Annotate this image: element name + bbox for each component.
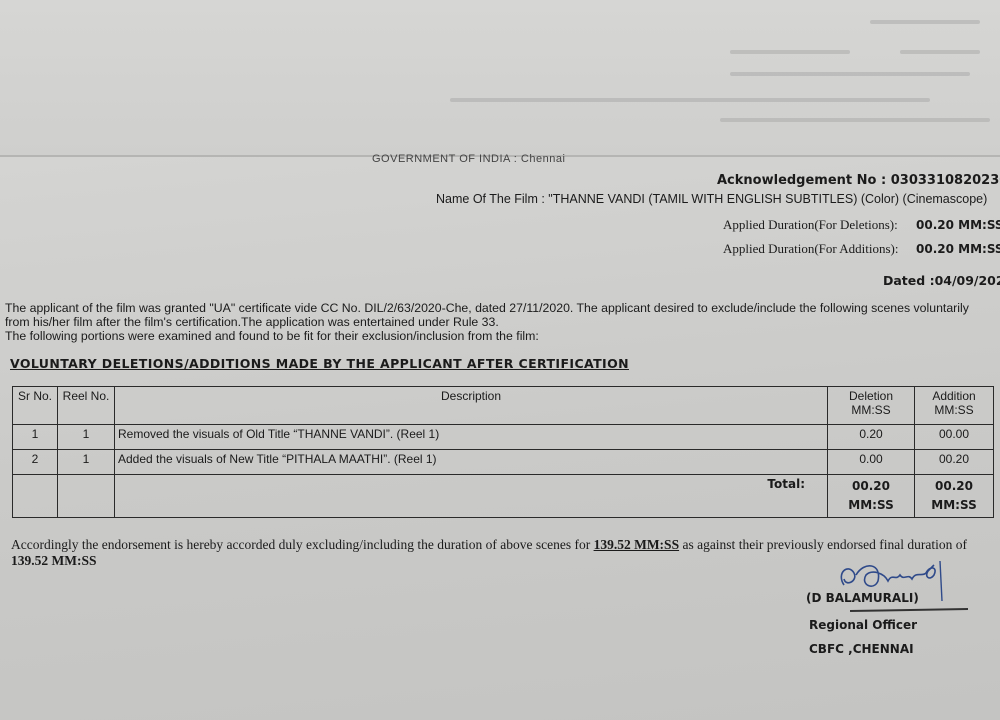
deletions-additions-table: Sr No. Reel No. Description Deletion MM:… — [12, 386, 994, 518]
table-total-row: Total: 00.20 MM:SS 00.20 MM:SS — [13, 475, 994, 518]
endorsement-part-2: as against their previously endorsed fin… — [679, 537, 967, 552]
certificate-page: GOVERNMENT OF INDIA : Chennai Acknowledg… — [0, 157, 1000, 720]
row-description: Removed the visuals of Old Title “THANNE… — [115, 425, 828, 450]
faded-text — [450, 98, 930, 102]
signatory-office: CBFC ,CHENNAI — [809, 642, 914, 656]
row-reel: 1 — [58, 425, 115, 450]
government-header: GOVERNMENT OF INDIA : Chennai — [372, 153, 565, 165]
faded-text — [730, 50, 850, 54]
header-description: Description — [115, 387, 828, 425]
total-empty-sr — [13, 475, 58, 518]
row-reel: 1 — [58, 450, 115, 475]
row-sr: 1 — [13, 425, 58, 450]
old-duration: 139.52 MM:SS — [11, 553, 97, 568]
total-addition: 00.20 MM:SS — [915, 475, 994, 518]
intro-line-3: The following portions were examined and… — [5, 329, 539, 344]
faded-text — [870, 20, 980, 24]
applied-deletions-value: 00.20 MM:SS — [916, 218, 1000, 232]
header-reel-no: Reel No. — [58, 387, 115, 425]
applied-additions-label: Applied Duration(For Additions): — [723, 241, 899, 257]
new-duration: 139.52 MM:SS — [594, 537, 680, 552]
film-name: Name Of The Film : "THANNE VANDI (TAMIL … — [436, 192, 987, 206]
header-addition: Addition MM:SS — [915, 387, 994, 425]
row-deletion: 0.00 — [828, 450, 915, 475]
section-heading: VOLUNTARY DELETIONS/ADDITIONS MADE BY TH… — [10, 356, 629, 371]
row-addition: 00.00 — [915, 425, 994, 450]
faded-text — [900, 50, 980, 54]
row-description: Added the visuals of New Title “PITHALA … — [115, 450, 828, 475]
applied-additions-value: 00.20 MM:SS — [916, 242, 1000, 256]
endorsement-part-1: Accordingly the endorsement is hereby ac… — [11, 537, 594, 552]
total-label: Total: — [115, 475, 828, 518]
total-addition-value: 00.20 — [918, 477, 990, 496]
table-row: 1 1 Removed the visuals of Old Title “TH… — [13, 425, 994, 450]
row-addition: 00.20 — [915, 450, 994, 475]
signatory-designation: Regional Officer — [809, 618, 917, 632]
signature-underline — [850, 608, 968, 612]
header-deletion-text: Deletion MM:SS — [849, 389, 893, 417]
faded-text — [730, 72, 970, 76]
row-deletion: 0.20 — [828, 425, 915, 450]
total-addition-unit: MM:SS — [918, 496, 990, 515]
total-deletion: 00.20 MM:SS — [828, 475, 915, 518]
intro-line-2: from his/her film after the film's certi… — [5, 315, 499, 330]
applied-deletions-label: Applied Duration(For Deletions): — [723, 217, 898, 233]
acknowledgement-number: Acknowledgement No : 030331082023000024 — [717, 173, 1000, 188]
header-deletion: Deletion MM:SS — [828, 387, 915, 425]
row-sr: 2 — [13, 450, 58, 475]
total-deletion-unit: MM:SS — [831, 496, 911, 515]
total-empty-reel — [58, 475, 115, 518]
previous-page-fold — [0, 0, 1000, 157]
intro-line-1: The applicant of the film was granted "U… — [5, 301, 969, 316]
table-row: 2 1 Added the visuals of New Title “PITH… — [13, 450, 994, 475]
faded-text — [720, 118, 990, 122]
signatory-name: (D BALAMURALI) — [806, 591, 919, 605]
table-header-row: Sr No. Reel No. Description Deletion MM:… — [13, 387, 994, 425]
header-addition-text: Addition MM:SS — [932, 389, 975, 417]
total-deletion-value: 00.20 — [831, 477, 911, 496]
dated: Dated :04/09/2023 — [883, 273, 1000, 288]
header-sr-no: Sr No. — [13, 387, 58, 425]
